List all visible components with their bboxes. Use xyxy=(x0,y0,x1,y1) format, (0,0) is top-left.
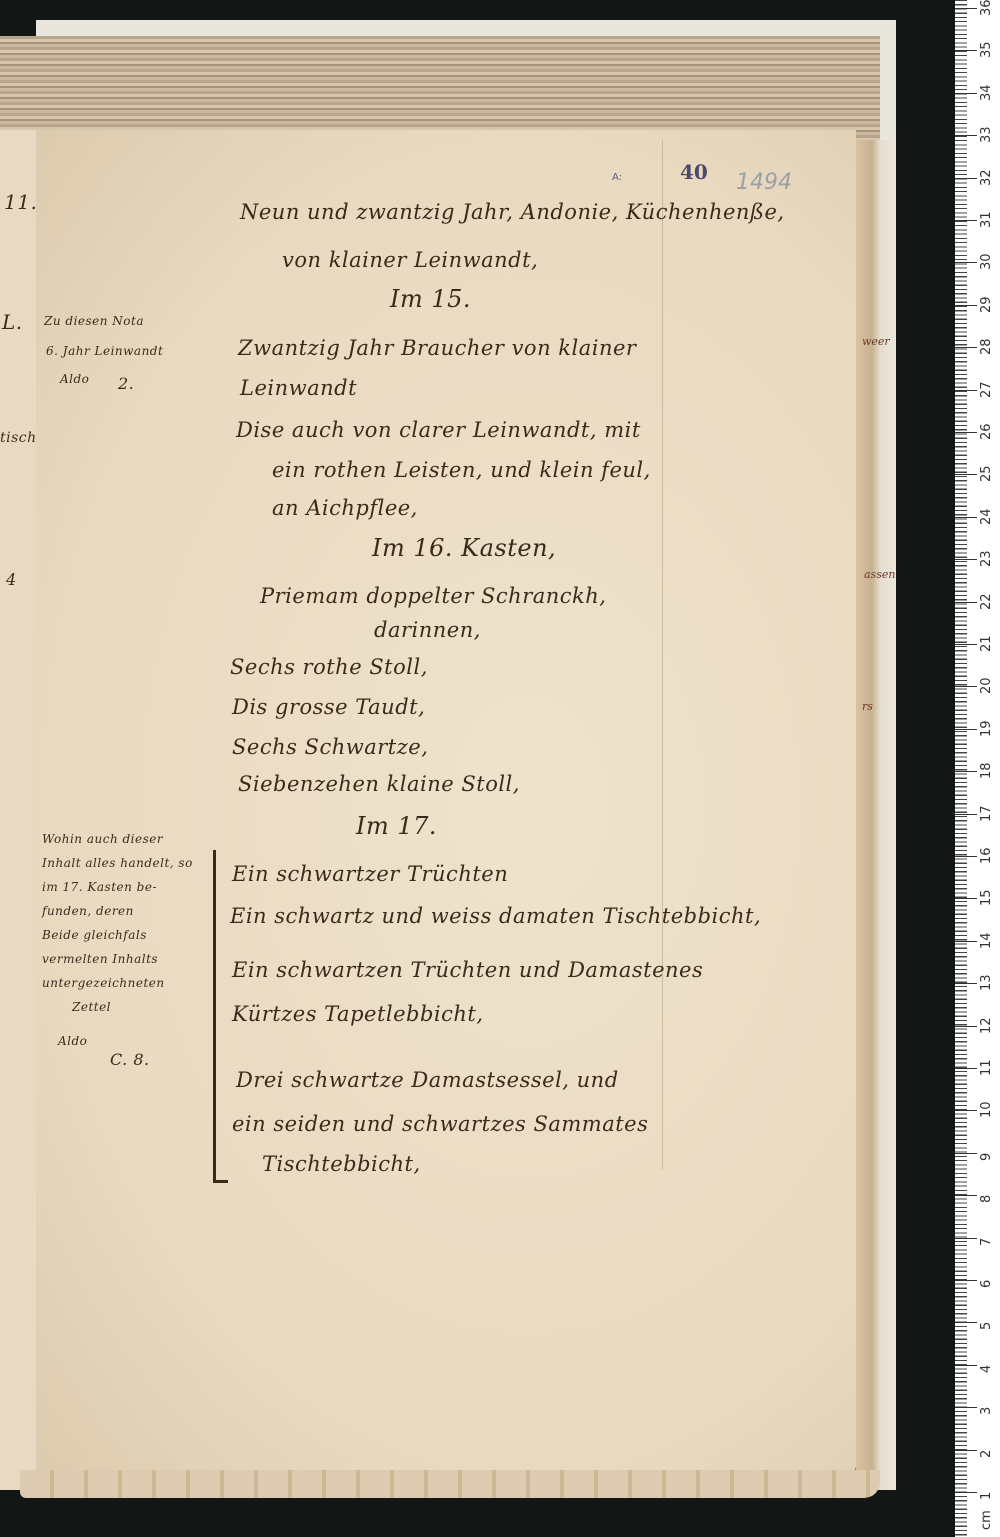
ruler-label: 32 xyxy=(979,169,994,186)
ruler-label: 24 xyxy=(979,508,994,525)
ruler-tick xyxy=(955,347,977,348)
ruler-tick xyxy=(955,1026,977,1027)
ruler-tick xyxy=(955,1238,977,1239)
text-line: Siebenzehen klaine Stoll, xyxy=(238,772,520,796)
section-heading: Im 17. xyxy=(356,812,437,840)
ruler-tick xyxy=(955,729,977,730)
ruler-label: 8 xyxy=(979,1195,994,1203)
ruler-tick xyxy=(955,983,977,984)
ruler-label: 12 xyxy=(979,1017,994,1034)
ruler-tick xyxy=(955,390,977,391)
ruler-unit-label: cm xyxy=(979,1510,994,1530)
margin-note: Wohin auch dieser xyxy=(42,832,163,846)
ruler-label: 18 xyxy=(979,763,994,780)
ruler-label: 14 xyxy=(979,932,994,949)
text-line: Priemam doppelter Schranckh, xyxy=(260,584,606,608)
margin-note: 2. xyxy=(118,374,134,393)
ruler-label: 3 xyxy=(979,1407,994,1415)
ruler-label: 21 xyxy=(979,635,994,652)
ruler-tick xyxy=(955,686,977,687)
ruler-tick xyxy=(955,1153,977,1154)
ruler-label: 16 xyxy=(979,847,994,864)
text-line: Tischtebbicht, xyxy=(262,1152,421,1176)
ruler-tick xyxy=(955,220,977,221)
ruler-label: 4 xyxy=(979,1365,994,1373)
ruler-tick xyxy=(955,644,977,645)
ruler-label: 34 xyxy=(979,84,994,101)
ruler-tick xyxy=(955,1068,977,1069)
margin-note: C. 8. xyxy=(110,1050,150,1069)
section-heading: Im 15. xyxy=(390,285,471,313)
margin-note: untergezeichneten xyxy=(42,976,165,990)
ruler-tick xyxy=(955,432,977,433)
text-line: Ein schwartzer Trüchten xyxy=(232,862,508,886)
ruler-tick xyxy=(955,474,977,475)
ruler-label: 25 xyxy=(979,466,994,483)
slip-text: assen xyxy=(864,568,895,581)
ruler-label: 11 xyxy=(979,1059,994,1076)
text-line: ein rothen Leisten, und klein feul, xyxy=(272,458,651,482)
text-line: Ein schwartzen Trüchten und Damastenes xyxy=(232,958,703,982)
ruler-tick xyxy=(955,93,977,94)
ruler-tick xyxy=(955,602,977,603)
ruler-label: 33 xyxy=(979,127,994,144)
margin-note: im 17. Kasten be- xyxy=(42,880,157,894)
text-line: Kürtzes Tapetlebbicht, xyxy=(232,1002,484,1026)
ruler-label: 6 xyxy=(979,1280,994,1288)
folio-number: 40 xyxy=(680,160,708,184)
ruler-label: 1 xyxy=(979,1492,994,1500)
margin-note: Beide gleichfals xyxy=(42,928,147,942)
ruler-tick xyxy=(955,305,977,306)
ruler-tick xyxy=(955,1195,977,1196)
ruler-tick xyxy=(955,1110,977,1111)
margin-note: Zu diesen Nota xyxy=(44,314,144,328)
ruler-tick xyxy=(955,262,977,263)
margin-note: funden, deren xyxy=(42,904,134,918)
text-line: Sechs rothe Stoll, xyxy=(230,655,428,679)
text-line: Leinwandt xyxy=(240,376,357,400)
ruler-tick xyxy=(955,771,977,772)
ruler-label: 36 xyxy=(979,0,994,16)
ruler-tick xyxy=(955,1407,977,1408)
ruler-tick xyxy=(955,559,977,560)
brace-bracket xyxy=(213,850,228,1183)
ruler-tick xyxy=(955,1492,977,1493)
slip-text: rs xyxy=(862,700,873,713)
ruler-label: 30 xyxy=(979,254,994,271)
ruler-label: 2 xyxy=(979,1449,994,1457)
ruler-label: 9 xyxy=(979,1153,994,1161)
pencil-annotation: 1494 xyxy=(736,170,792,195)
text-line: Ein schwartz und weiss damaten Tischtebb… xyxy=(230,904,761,928)
margin-note: vermelten Inhalts xyxy=(42,952,158,966)
ruler-tick xyxy=(955,1322,977,1323)
ruler-label: 17 xyxy=(979,805,994,822)
text-line: Drei schwartze Damastsessel, und xyxy=(236,1068,619,1092)
ruler-label: 35 xyxy=(979,42,994,59)
left-page: 11. L. tisch 4 xyxy=(0,130,38,1490)
ruler-label: 31 xyxy=(979,211,994,228)
ruler-label: 19 xyxy=(979,720,994,737)
ruler-tick xyxy=(955,814,977,815)
text-line: von klainer Leinwandt, xyxy=(282,248,538,272)
ruler-label: 13 xyxy=(979,975,994,992)
ruler-label: 23 xyxy=(979,551,994,568)
margin-note: Zettel xyxy=(72,1000,111,1014)
ruler-tick xyxy=(955,8,977,9)
ruler-tick xyxy=(955,856,977,857)
text-line: Dise auch von clarer Leinwandt, mit xyxy=(236,418,641,442)
ruler-tick xyxy=(955,50,977,51)
ruler-tick xyxy=(955,1365,977,1366)
ruler-label: 20 xyxy=(979,678,994,695)
ruler-label: 10 xyxy=(979,1102,994,1119)
ruler-tick xyxy=(955,898,977,899)
margin-note: Aldo xyxy=(60,372,89,386)
page-edge: weer assen rs xyxy=(856,140,896,1490)
margin-note: Inhalt alles handelt, so xyxy=(42,856,193,870)
manuscript-page xyxy=(36,130,856,1480)
ruler-label: 7 xyxy=(979,1237,994,1245)
text-line: an Aichpflee, xyxy=(272,496,418,520)
text-line: darinnen, xyxy=(374,618,481,642)
text-line: ein seiden und schwartzes Sammates xyxy=(232,1112,648,1136)
ruler-tick xyxy=(955,517,977,518)
left-fragment: tisch xyxy=(0,430,37,446)
ruler-tick xyxy=(955,135,977,136)
archive-stamp: A: xyxy=(612,172,622,183)
ruler-tick xyxy=(955,941,977,942)
book-bottom-edge xyxy=(20,1470,880,1498)
margin-note: 6. Jahr Leinwandt xyxy=(46,344,163,358)
ruler-tick xyxy=(955,1450,977,1451)
section-heading: Im 16. Kasten, xyxy=(372,534,556,562)
left-fragment: 4 xyxy=(6,570,17,589)
ruler-label: 29 xyxy=(979,296,994,313)
text-line: Dis grosse Taudt, xyxy=(232,695,425,719)
ruler-label: 27 xyxy=(979,381,994,398)
ruler-tick xyxy=(955,178,977,179)
margin-note: Aldo xyxy=(58,1034,87,1048)
measurement-ruler: cm12345678910111213141516171819202122232… xyxy=(955,0,1000,1537)
left-fragment: 11. xyxy=(4,190,37,214)
ruler-label: 22 xyxy=(979,593,994,610)
slip-text: weer xyxy=(862,335,890,348)
text-line: Sechs Schwartze, xyxy=(232,735,428,759)
ruler-label: 26 xyxy=(979,423,994,440)
ruler-tick xyxy=(955,1280,977,1281)
ruled-margin-line xyxy=(662,140,663,1170)
ruler-label: 15 xyxy=(979,890,994,907)
left-fragment: L. xyxy=(2,310,23,334)
ruler-label: 28 xyxy=(979,339,994,356)
text-line: Neun und zwantzig Jahr, Andonie, Küchenh… xyxy=(240,200,785,224)
ruler-label: 5 xyxy=(979,1322,994,1330)
text-line: Zwantzig Jahr Braucher von klainer xyxy=(238,336,636,360)
